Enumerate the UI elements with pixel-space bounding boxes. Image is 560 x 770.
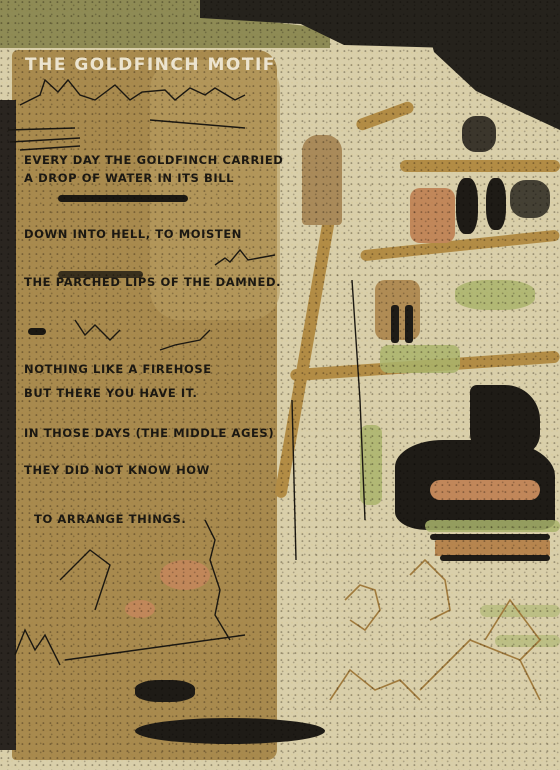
poem-line-9: TO ARRANGE THINGS. <box>34 512 186 526</box>
poem-line-2: A DROP OF WATER IN ITS BILL <box>24 171 234 185</box>
poem-line-6: BUT THERE YOU HAVE IT. <box>24 386 197 400</box>
poem-line-5: NOTHING LIKE A FIREHOSE <box>24 362 212 376</box>
poem-line-8: THEY DID NOT KNOW HOW <box>24 463 210 477</box>
ink-sketches <box>0 0 560 770</box>
poem-line-4: THE PARCHED LIPS OF THE DAMNED. <box>24 275 281 289</box>
artwork-print: THE GOLDFINCH MOTIF EVERY DAY THE GOLDFI… <box>0 0 560 770</box>
poem-line-7: IN THOSE DAYS (THE MIDDLE AGES) <box>24 426 274 440</box>
poem-line-3: DOWN INTO HELL, TO MOISTEN <box>24 227 242 241</box>
artwork-title: THE GOLDFINCH MOTIF <box>25 55 276 75</box>
poem-line-1: EVERY DAY THE GOLDFINCH CARRIED <box>24 153 283 167</box>
